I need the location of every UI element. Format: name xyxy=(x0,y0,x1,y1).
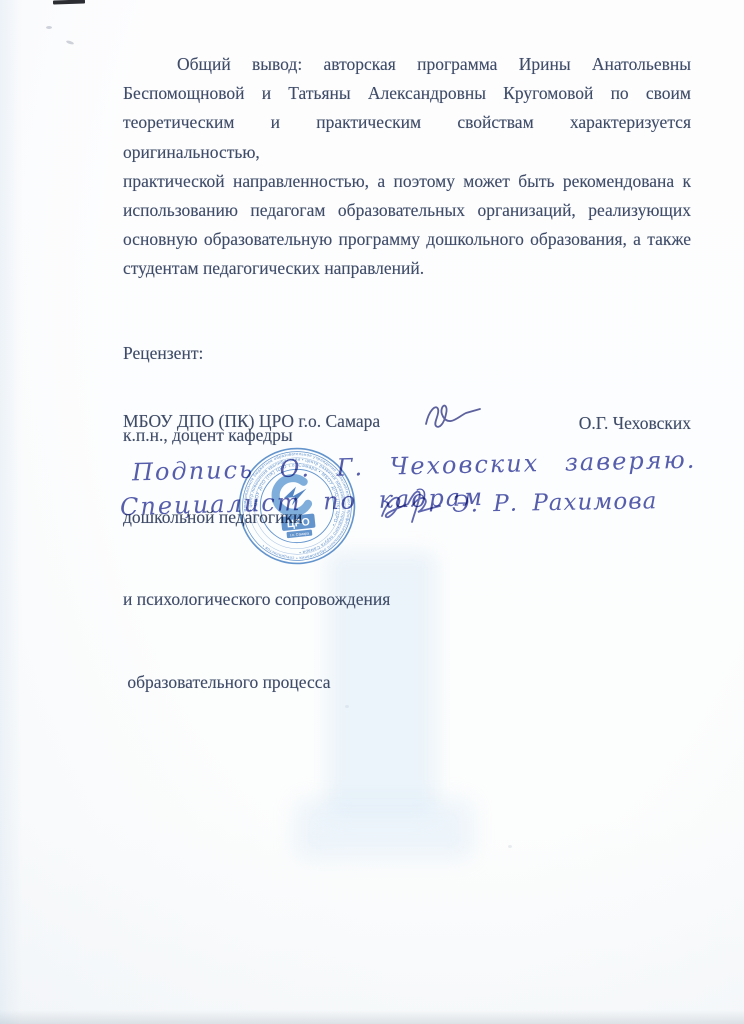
scanned-document-page: Общий вывод: авторская программа Ирины А… xyxy=(0,0,744,1024)
reviewer-position-line: и психологического сопровождения xyxy=(123,586,390,613)
stamp-org-abbr: ЦРО xyxy=(286,516,310,530)
paragraph-line: Общий вывод: авторская программа Ирины А… xyxy=(123,50,691,79)
scan-left-edge-shadow xyxy=(0,0,22,1024)
scan-bottom-edge-shadow xyxy=(0,1010,744,1024)
conclusion-paragraph: Общий вывод: авторская программа Ирины А… xyxy=(123,50,691,284)
scan-corner-mark xyxy=(53,0,85,5)
reviewer-name: О.Г. Чеховских xyxy=(579,413,691,434)
reviewer-signature xyxy=(420,396,498,436)
paragraph-line: Беспомощновой и Татьяны Александровны Кр… xyxy=(123,79,691,108)
certifier-signature xyxy=(378,482,450,528)
paragraph-line: основную образовательную программу дошко… xyxy=(123,225,691,254)
scan-speck xyxy=(66,40,75,45)
scan-speck xyxy=(508,845,512,848)
paragraph-line: теоретическим и практическим свойствам х… xyxy=(123,108,691,166)
organization-name: МБОУ ДПО (ПК) ЦРО г.о. Самара xyxy=(123,411,380,432)
paragraph-line: использованию педагогам образовательных … xyxy=(123,196,691,225)
handwritten-certifier-name: Э. Р. Рахимова xyxy=(452,488,658,518)
paragraph-line: студентам педагогических направлений. xyxy=(123,254,691,283)
reviewer-label: Рецензент: xyxy=(123,340,390,367)
page-showthrough-horizontal xyxy=(296,800,472,858)
paragraph-line: практической направленностью, а поэтому … xyxy=(123,167,691,196)
scan-speck xyxy=(46,26,52,29)
reviewer-position-line: образовательного процесса xyxy=(123,669,390,696)
